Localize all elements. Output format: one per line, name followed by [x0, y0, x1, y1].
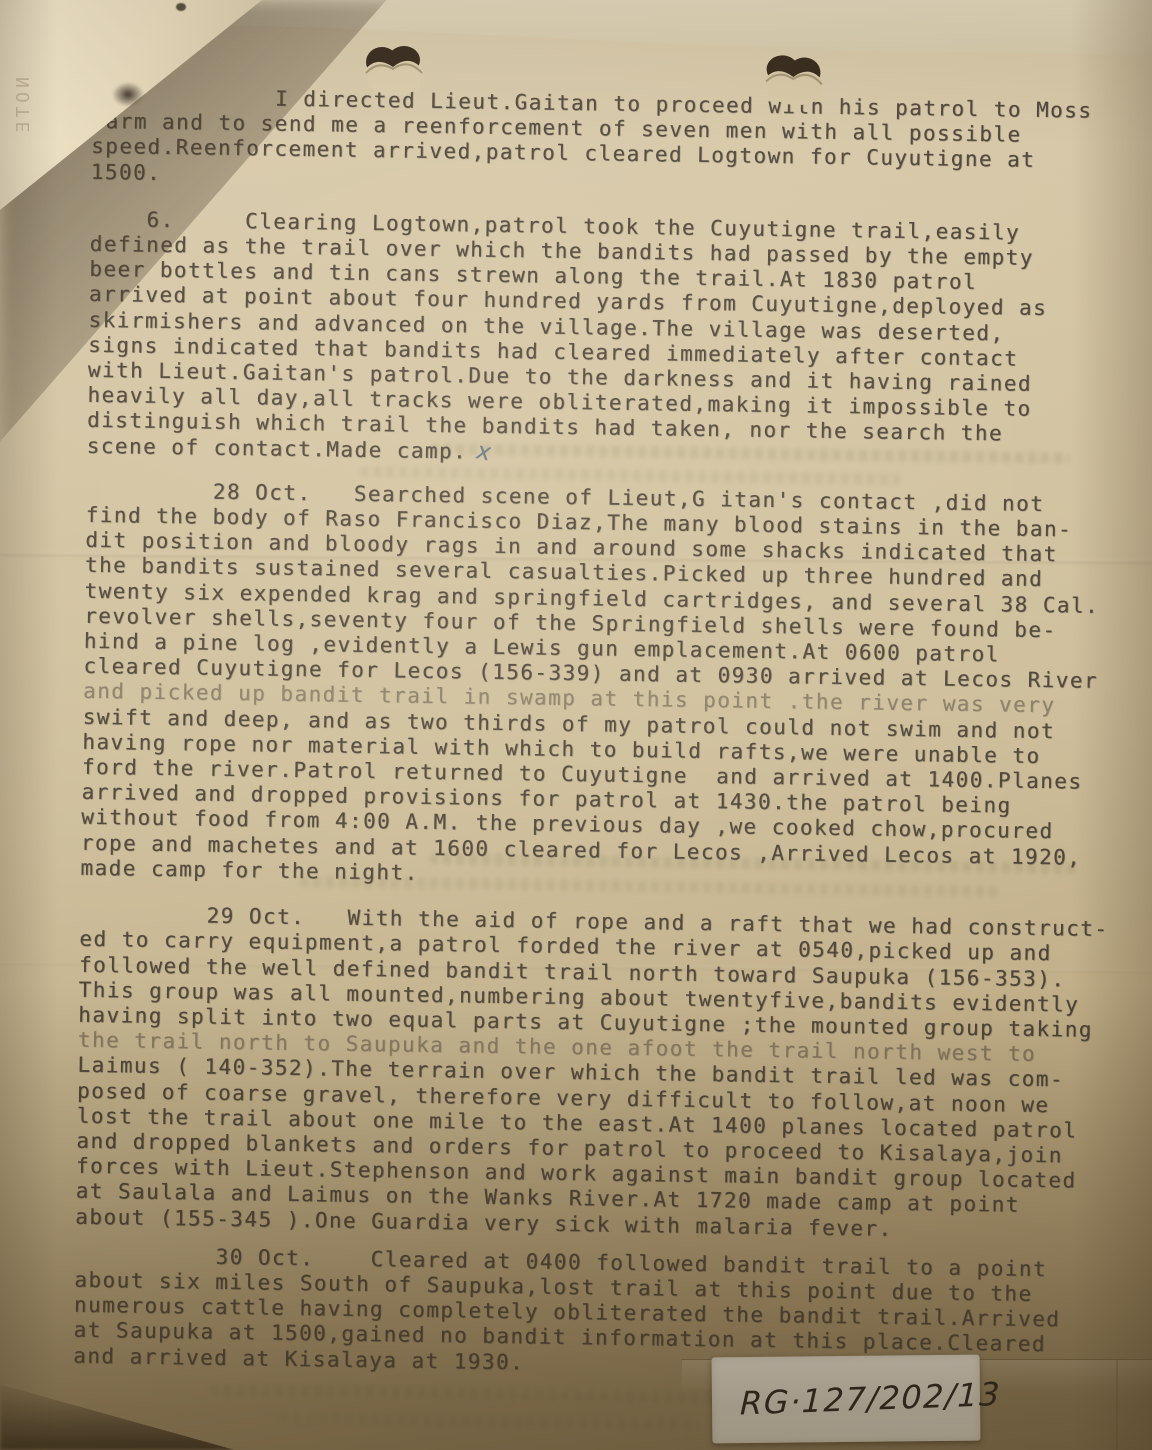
paragraph-item-6: 6. Clearing Logtown,patrol took the Cuyu…: [87, 207, 1151, 475]
paragraph-entry-29-oct: 29 Oct. With the aid of rope and a raft …: [75, 902, 1140, 1245]
backing-sheet-edge-line: [1116, 1360, 1118, 1450]
archive-reference-text: RG·127/202/13: [739, 1375, 1001, 1423]
ink-speck: [176, 3, 186, 11]
photograph-of-document: 5. I directed Lieut.Gaitan to proceed wi…: [0, 0, 1152, 1450]
bleedthrough-stamp-text: NOTE: [13, 77, 35, 169]
archive-reference-sticker: RG·127/202/13: [712, 1355, 981, 1444]
ink-smudge-over-item-number: [112, 82, 144, 107]
paragraph-entry-28-oct: 28 Oct. Searched scene of Lieut,G itan's…: [80, 478, 1146, 897]
punch-tear-hole: [754, 48, 833, 114]
punch-tear-hole: [356, 40, 432, 102]
bleedthrough-ghost-text: [280, 1413, 700, 1430]
pen-check-mark: x: [472, 437, 497, 468]
